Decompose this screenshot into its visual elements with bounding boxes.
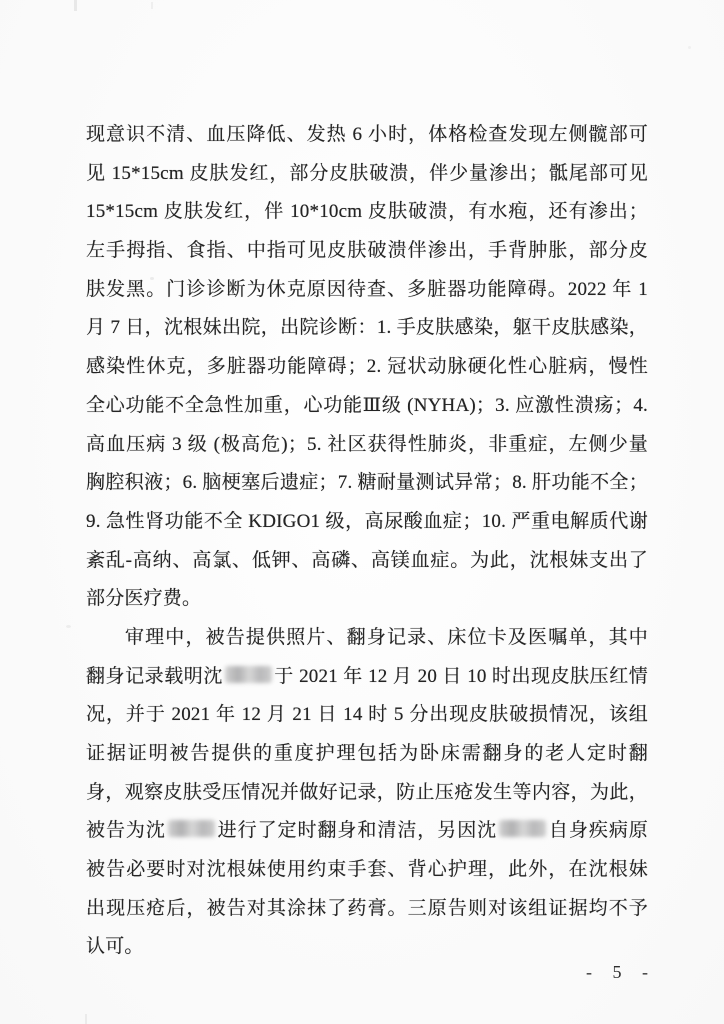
redacted-name: [225, 666, 272, 683]
page-number: - 5 -: [586, 962, 656, 983]
scan-artifact: [66, 625, 71, 628]
text-line: 身，观察皮肤受压情况并做好记录，防止压疮发生等内容，为此，: [86, 774, 648, 813]
text-line: 被告必要时对沈根妹使用约束手套、背心护理，此外，在沈根妹: [86, 851, 648, 890]
text-line: 被告为沈进行了定时翻身和清洁，另因沈自身疾病原因，: [86, 812, 648, 851]
text-line: 肤发黑。门诊诊断为休克原因待查、多脏器功能障碍。2022 年 1: [86, 271, 648, 310]
text-line: 翻身记录载明沈于 2021 年 12 月 20 日 10 时出现皮肤压红情: [86, 658, 648, 697]
document-text: 现意识不清、血压降低、发热 6 小时，体格检查发现左侧髋部可见 15*15cm …: [86, 116, 648, 967]
scan-artifact: [151, 2, 153, 9]
text-line: 证据证明被告提供的重度护理包括为卧床需翻身的老人定时翻: [86, 735, 648, 774]
redacted-name: [168, 820, 215, 837]
text-line: 15*15cm 皮肤发红，伴 10*10cm 皮肤破溃，有水疱，还有渗出；: [86, 193, 648, 232]
text-line: 认可。: [86, 928, 648, 967]
text-line: 紊乱-高纳、高氯、低钾、高磷、高镁血症。为此，沈根妹支出了: [86, 542, 648, 581]
text-line: 胸腔积液；6. 脑梗塞后遗症；7. 糖耐量测试异常；8. 肝功能不全；: [86, 464, 648, 503]
text-line: 现意识不清、血压降低、发热 6 小时，体格检查发现左侧髋部可: [86, 116, 648, 155]
scan-artifact: [85, 1014, 87, 1024]
scanned-page: 现意识不清、血压降低、发热 6 小时，体格检查发现左侧髋部可见 15*15cm …: [0, 0, 724, 1024]
text-line: 左手拇指、食指、中指可见皮肤破溃伴渗出，手背肿胀，部分皮: [86, 232, 648, 271]
text-line: 月 7 日，沈根妹出院，出院诊断：1. 手皮肤感染，躯干皮肤感染，: [86, 309, 648, 348]
text-line: 出现压疮后，被告对其涂抹了药膏。三原告则对该组证据均不予: [86, 890, 648, 929]
text-line: 况，并于 2021 年 12 月 21 日 14 时 5 分出现皮肤破损情况，该…: [86, 696, 648, 735]
text-line: 高血压病 3 级 (极高危)；5. 社区获得性肺炎，非重症，左侧少量: [86, 426, 648, 465]
text-line: 感染性休克，多脏器功能障碍；2. 冠状动脉硬化性心脏病，慢性: [86, 348, 648, 387]
text-line: 审理中，被告提供照片、翻身记录、床位卡及医嘱单，其中: [86, 619, 648, 658]
scan-artifact: [688, 46, 691, 49]
redacted-name: [499, 820, 546, 837]
text-line: 见 15*15cm 皮肤发红，部分皮肤破溃，伴少量渗出；骶尾部可见: [86, 155, 648, 194]
scan-artifact: [74, 0, 77, 11]
text-line: 部分医疗费。: [86, 580, 648, 619]
text-line: 9. 急性肾功能不全 KDIGO1 级，高尿酸血症；10. 严重电解质代谢: [86, 503, 648, 542]
text-line: 全心功能不全急性加重，心功能Ⅲ级 (NYHA)；3. 应激性溃疡；4.: [86, 387, 648, 426]
